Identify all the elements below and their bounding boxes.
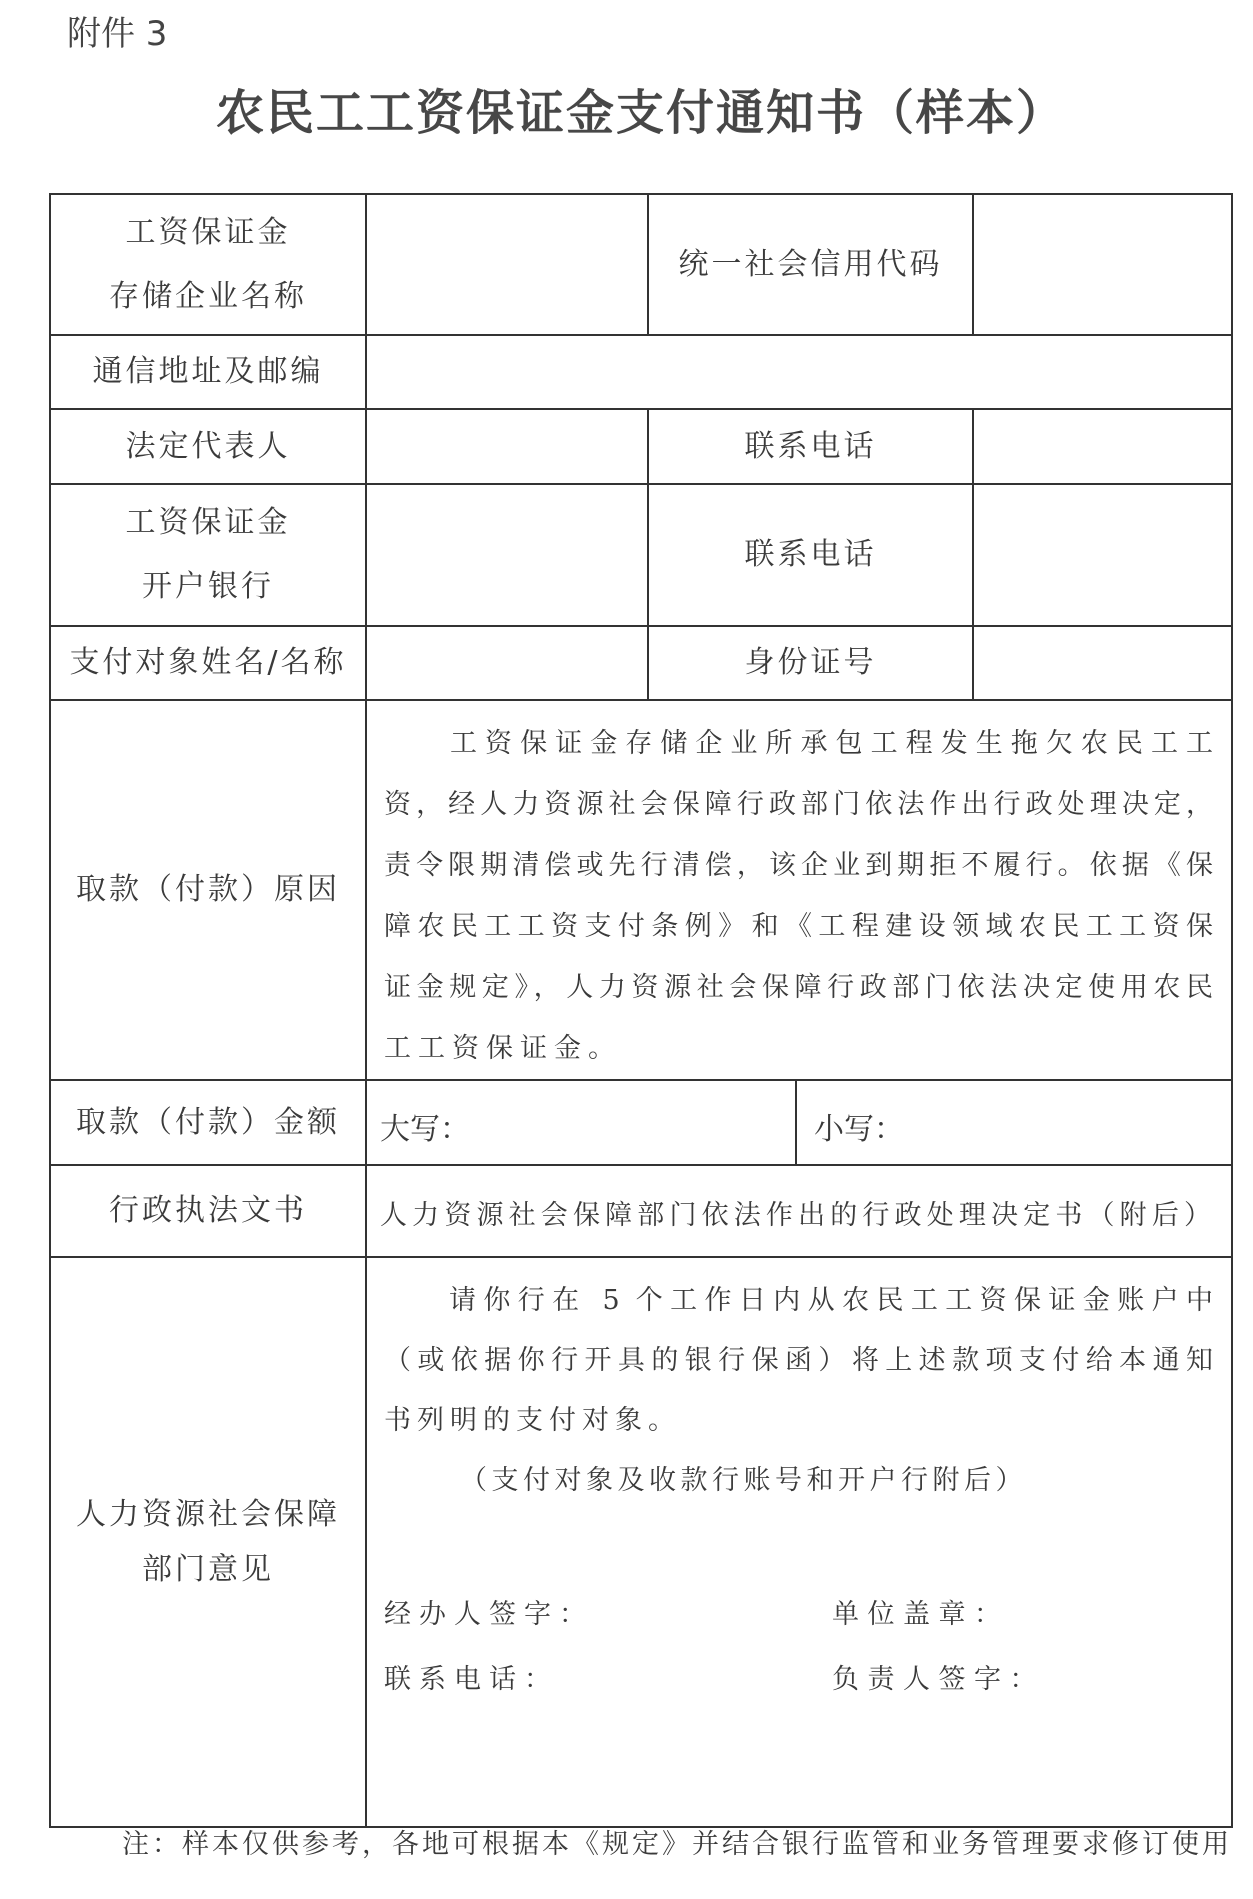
row-bank: 工资保证金 开户银行 联系电话 (50, 484, 1232, 626)
address-label-text: 通信地址及邮编 (51, 352, 365, 392)
footer-note: 注：样本仅供参考，各地可根据本《规定》并结合银行监管和业务管理要求修订使用 (122, 1829, 1232, 1861)
signature-row-1: 经办人签字： 单位盖章： (384, 1582, 1213, 1647)
reason-line-2: 资，经人力资源社会保障行政部门依法作出行政处理决定， (384, 774, 1213, 835)
row-depositor: 工资保证金 存储企业名称 统一社会信用代码 (50, 194, 1232, 335)
depositor-label-line-1: 工资保证金 (51, 201, 365, 265)
depositor-label: 工资保证金 存储企业名称 (50, 194, 366, 335)
legal-rep-value (366, 409, 648, 484)
enforcement-doc-text: 人力资源社会保障部门依法作出的行政处理决定书（附后） (380, 1196, 1211, 1236)
credit-code-label-text: 统一社会信用代码 (649, 245, 972, 285)
id-number-label: 身份证号 (648, 626, 973, 700)
reason-line-5: 证金规定》，人力资源社会保障行政部门依法决定使用农民 (384, 957, 1213, 1018)
enforcement-doc-label: 行政执法文书 (50, 1165, 366, 1257)
row-legal-rep: 法定代表人 联系电话 (50, 409, 1232, 484)
reason-line-1: 工资保证金存储企业所承包工程发生拖欠农民工工 (384, 713, 1213, 774)
opinion-line-2: （或依据你行开具的银行保函）将上述款项支付给本通知 (384, 1331, 1213, 1391)
attachment-label: 附件 3 (67, 16, 167, 52)
address-label: 通信地址及邮编 (50, 335, 366, 409)
amount-lowercase-cell: 小写： (796, 1080, 1232, 1165)
opinion-label-line-2: 部门意见 (51, 1542, 365, 1597)
reason-line-3: 责令限期清偿或先行清偿，该企业到期拒不履行。依据《保 (384, 835, 1213, 896)
row-reason: 取款（付款）原因 工资保证金存储企业所承包工程发生拖欠农民工工 资，经人力资源社… (50, 700, 1232, 1080)
credit-code-label: 统一社会信用代码 (648, 194, 973, 335)
legal-rep-phone-label-text: 联系电话 (649, 427, 972, 467)
payee-label: 支付对象姓名/名称 (50, 626, 366, 700)
amount-label: 取款（付款）金额 (50, 1080, 366, 1165)
depositor-value (366, 194, 648, 335)
bank-phone-value (973, 484, 1232, 626)
bank-phone-label-text: 联系电话 (649, 535, 972, 575)
opinion-content: 请你行在 5 个工作日内从农民工工资保证金账户中 （或依据你行开具的银行保函）将… (366, 1257, 1232, 1827)
amount-uppercase-cell: 大写： (366, 1080, 796, 1165)
reason-label-text: 取款（付款）原因 (51, 870, 365, 910)
opinion-attachment-note: （支付对象及收款行账号和开户行附后） (384, 1451, 1213, 1511)
row-address: 通信地址及邮编 (50, 335, 1232, 409)
row-opinion: 人力资源社会保障 部门意见 请你行在 5 个工作日内从农民工工资保证金账户中 （… (50, 1257, 1232, 1827)
opinion-label-line-1: 人力资源社会保障 (51, 1487, 365, 1542)
bank-phone-label: 联系电话 (648, 484, 973, 626)
id-number-label-text: 身份证号 (649, 643, 972, 683)
unit-seal-label: 单位盖章： (832, 1582, 1010, 1647)
legal-rep-label: 法定代表人 (50, 409, 366, 484)
legal-rep-label-text: 法定代表人 (51, 427, 365, 467)
chief-signature-label: 负责人签字： (832, 1647, 1045, 1712)
enforcement-doc-value: 人力资源社会保障部门依法作出的行政处理决定书（附后） (366, 1165, 1232, 1257)
opinion-label: 人力资源社会保障 部门意见 (50, 1257, 366, 1827)
handler-signature-label: 经办人签字： (384, 1582, 832, 1647)
bank-label-line-1: 工资保证金 (51, 491, 365, 555)
amount-lowercase-label: 小写： (814, 1112, 904, 1147)
payment-notice-form: 工资保证金 存储企业名称 统一社会信用代码 通信地址及邮编 法定代表人 联系电话 (49, 193, 1233, 1828)
contact-phone-label: 联系电话： (384, 1647, 832, 1712)
opinion-line-1: 请你行在 5 个工作日内从农民工工资保证金账户中 (384, 1271, 1213, 1331)
legal-rep-phone-value (973, 409, 1232, 484)
reason-line-4: 障农民工工资支付条例》和《工程建设领域农民工工资保 (384, 896, 1213, 957)
bank-value (366, 484, 648, 626)
payee-value (366, 626, 648, 700)
id-number-value (973, 626, 1232, 700)
payee-label-text: 支付对象姓名/名称 (51, 643, 365, 683)
row-amount: 取款（付款）金额 大写： 小写： (50, 1080, 1232, 1165)
bank-label-line-2: 开户银行 (51, 555, 365, 619)
reason-label: 取款（付款）原因 (50, 700, 366, 1080)
amount-uppercase-label: 大写： (380, 1112, 470, 1147)
row-payee: 支付对象姓名/名称 身份证号 (50, 626, 1232, 700)
legal-rep-phone-label: 联系电话 (648, 409, 973, 484)
reason-content: 工资保证金存储企业所承包工程发生拖欠农民工工 资，经人力资源社会保障行政部门依法… (366, 700, 1232, 1080)
address-value (366, 335, 1232, 409)
row-enforcement-doc: 行政执法文书 人力资源社会保障部门依法作出的行政处理决定书（附后） (50, 1165, 1232, 1257)
signature-block: 经办人签字： 单位盖章： 联系电话： 负责人签字： (384, 1582, 1213, 1712)
credit-code-value (973, 194, 1232, 335)
amount-label-text: 取款（付款）金额 (51, 1103, 365, 1143)
opinion-line-3: 书列明的支付对象。 (384, 1391, 1213, 1451)
depositor-label-line-2: 存储企业名称 (51, 265, 365, 329)
signature-row-2: 联系电话： 负责人签字： (384, 1647, 1213, 1712)
reason-line-6: 工工资保证金。 (384, 1018, 1213, 1079)
document-title: 农民工工资保证金支付通知书（样本） (216, 88, 1066, 138)
bank-label: 工资保证金 开户银行 (50, 484, 366, 626)
enforcement-doc-label-text: 行政执法文书 (51, 1191, 365, 1231)
